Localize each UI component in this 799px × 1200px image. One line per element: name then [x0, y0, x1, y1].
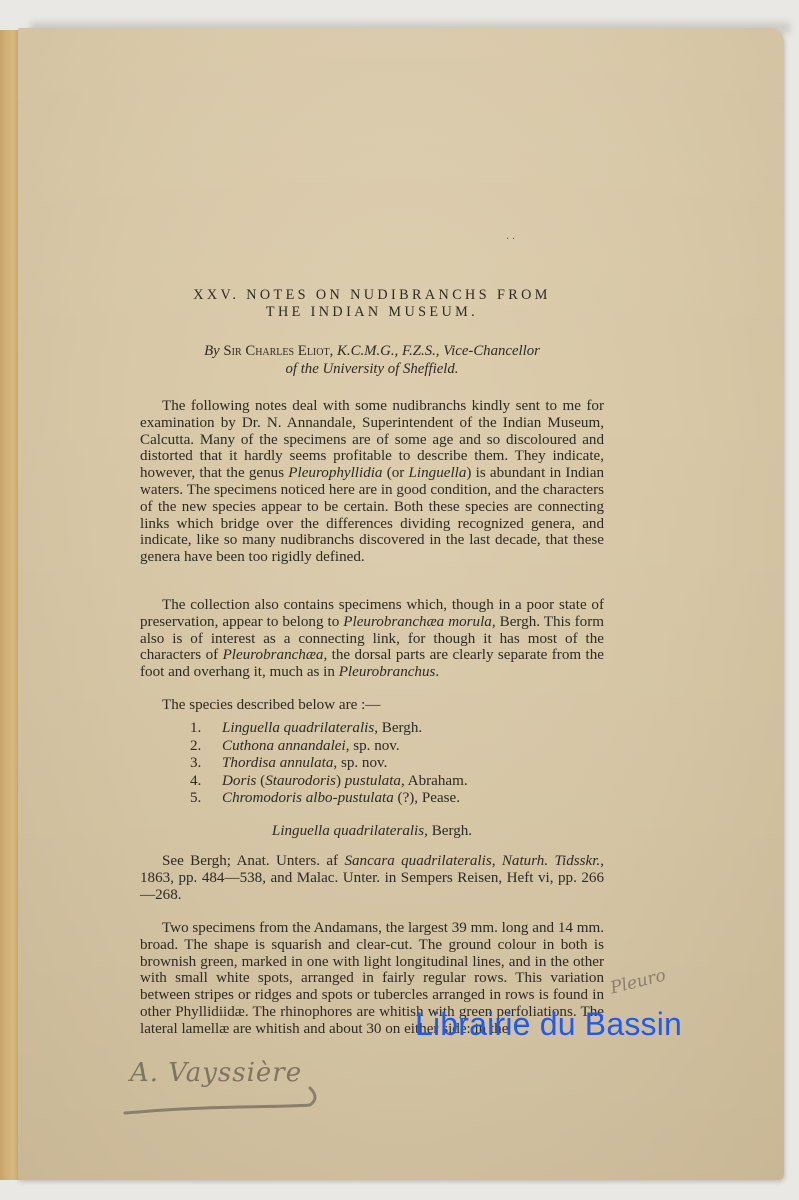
reference-paragraph: See Bergh; Anat. Unters. af Sancara quad… [140, 853, 604, 903]
species-intro: The species described below are :— [140, 697, 604, 714]
signature-flourish-icon [120, 1080, 320, 1120]
genus-name: Pleurobranchus [339, 664, 436, 680]
watermark: Librairie du Bassin [415, 1005, 682, 1043]
species-name: Linguella quadrilateralis [222, 720, 374, 736]
list-number: 5. [190, 790, 222, 808]
list-number: 3. [190, 755, 222, 773]
ink-speck: · · [506, 234, 515, 245]
title-line-2: THE INDIAN MUSEUM. [140, 304, 604, 321]
byline-honours: K.C.M.G., F.Z.S., Vice-Chancellor [337, 343, 540, 359]
paragraph-text: . [435, 664, 439, 680]
list-item: 1. Linguella quadrilateralis, Bergh. [190, 720, 468, 738]
species-authority: (?), Pease. [394, 790, 460, 806]
list-item: 2. Cuthona annandalei, sp. nov. [190, 738, 468, 756]
reference-title: Sancara quadrilateralis, Naturh. Tidsskr… [344, 853, 600, 869]
species-name: Thordisa annulata [222, 755, 333, 771]
species-name: Chromodoris albo-pustulata [222, 790, 394, 806]
species-authority: , Bergh. [374, 720, 422, 736]
article-title: XXV. NOTES ON NUDIBRANCHS FROM THE INDIA… [140, 287, 604, 321]
section-heading: Linguella quadrilateralis, Bergh. [140, 823, 604, 840]
species-genus: Doris [222, 773, 256, 789]
section-heading-species: Linguella quadrilateralis [272, 823, 424, 839]
paragraph-intro: The following notes deal with some nudib… [140, 398, 604, 566]
species-authority: , Abraham. [401, 773, 468, 789]
species-name: Pleurobranchæa morula [343, 614, 492, 630]
paragraph-collection: The collection also contains specimens w… [140, 597, 604, 681]
species-epithet: pustulata [345, 773, 401, 789]
byline-affiliation: of the University of Sheffield. [285, 361, 458, 377]
species-list: 1. Linguella quadrilateralis, Bergh. 2. … [190, 720, 468, 808]
title-line-1: XXV. NOTES ON NUDIBRANCHS FROM [140, 287, 604, 304]
list-item: 3. Thordisa annulata, sp. nov. [190, 755, 468, 773]
species-name: Cuthona annandalei [222, 738, 346, 754]
genus-name: Pleurophyllidia [288, 465, 382, 481]
byline-by: By [204, 343, 220, 359]
paragraph-text: (or [382, 465, 408, 481]
species-authority: , sp. nov. [346, 738, 400, 754]
section-heading-authority: , Bergh. [424, 823, 472, 839]
species-subgenus: Staurodoris [265, 773, 336, 789]
byline-author: Sir Charles Eliot [223, 343, 329, 359]
genus-name: Pleurobranchæa [223, 647, 324, 663]
genus-name: Linguella [409, 465, 467, 481]
reference-text: See Bergh; Anat. Unters. af [162, 853, 344, 869]
list-item: 4. Doris (Staurodoris) pustulata, Abraha… [190, 773, 468, 791]
list-item: 5. Chromodoris albo-pustulata (?), Pease… [190, 790, 468, 808]
byline: By Sir Charles Eliot, K.C.M.G., F.Z.S., … [140, 342, 604, 378]
species-authority: , sp. nov. [333, 755, 387, 771]
list-number: 1. [190, 720, 222, 738]
list-number: 4. [190, 773, 222, 791]
list-number: 2. [190, 738, 222, 756]
